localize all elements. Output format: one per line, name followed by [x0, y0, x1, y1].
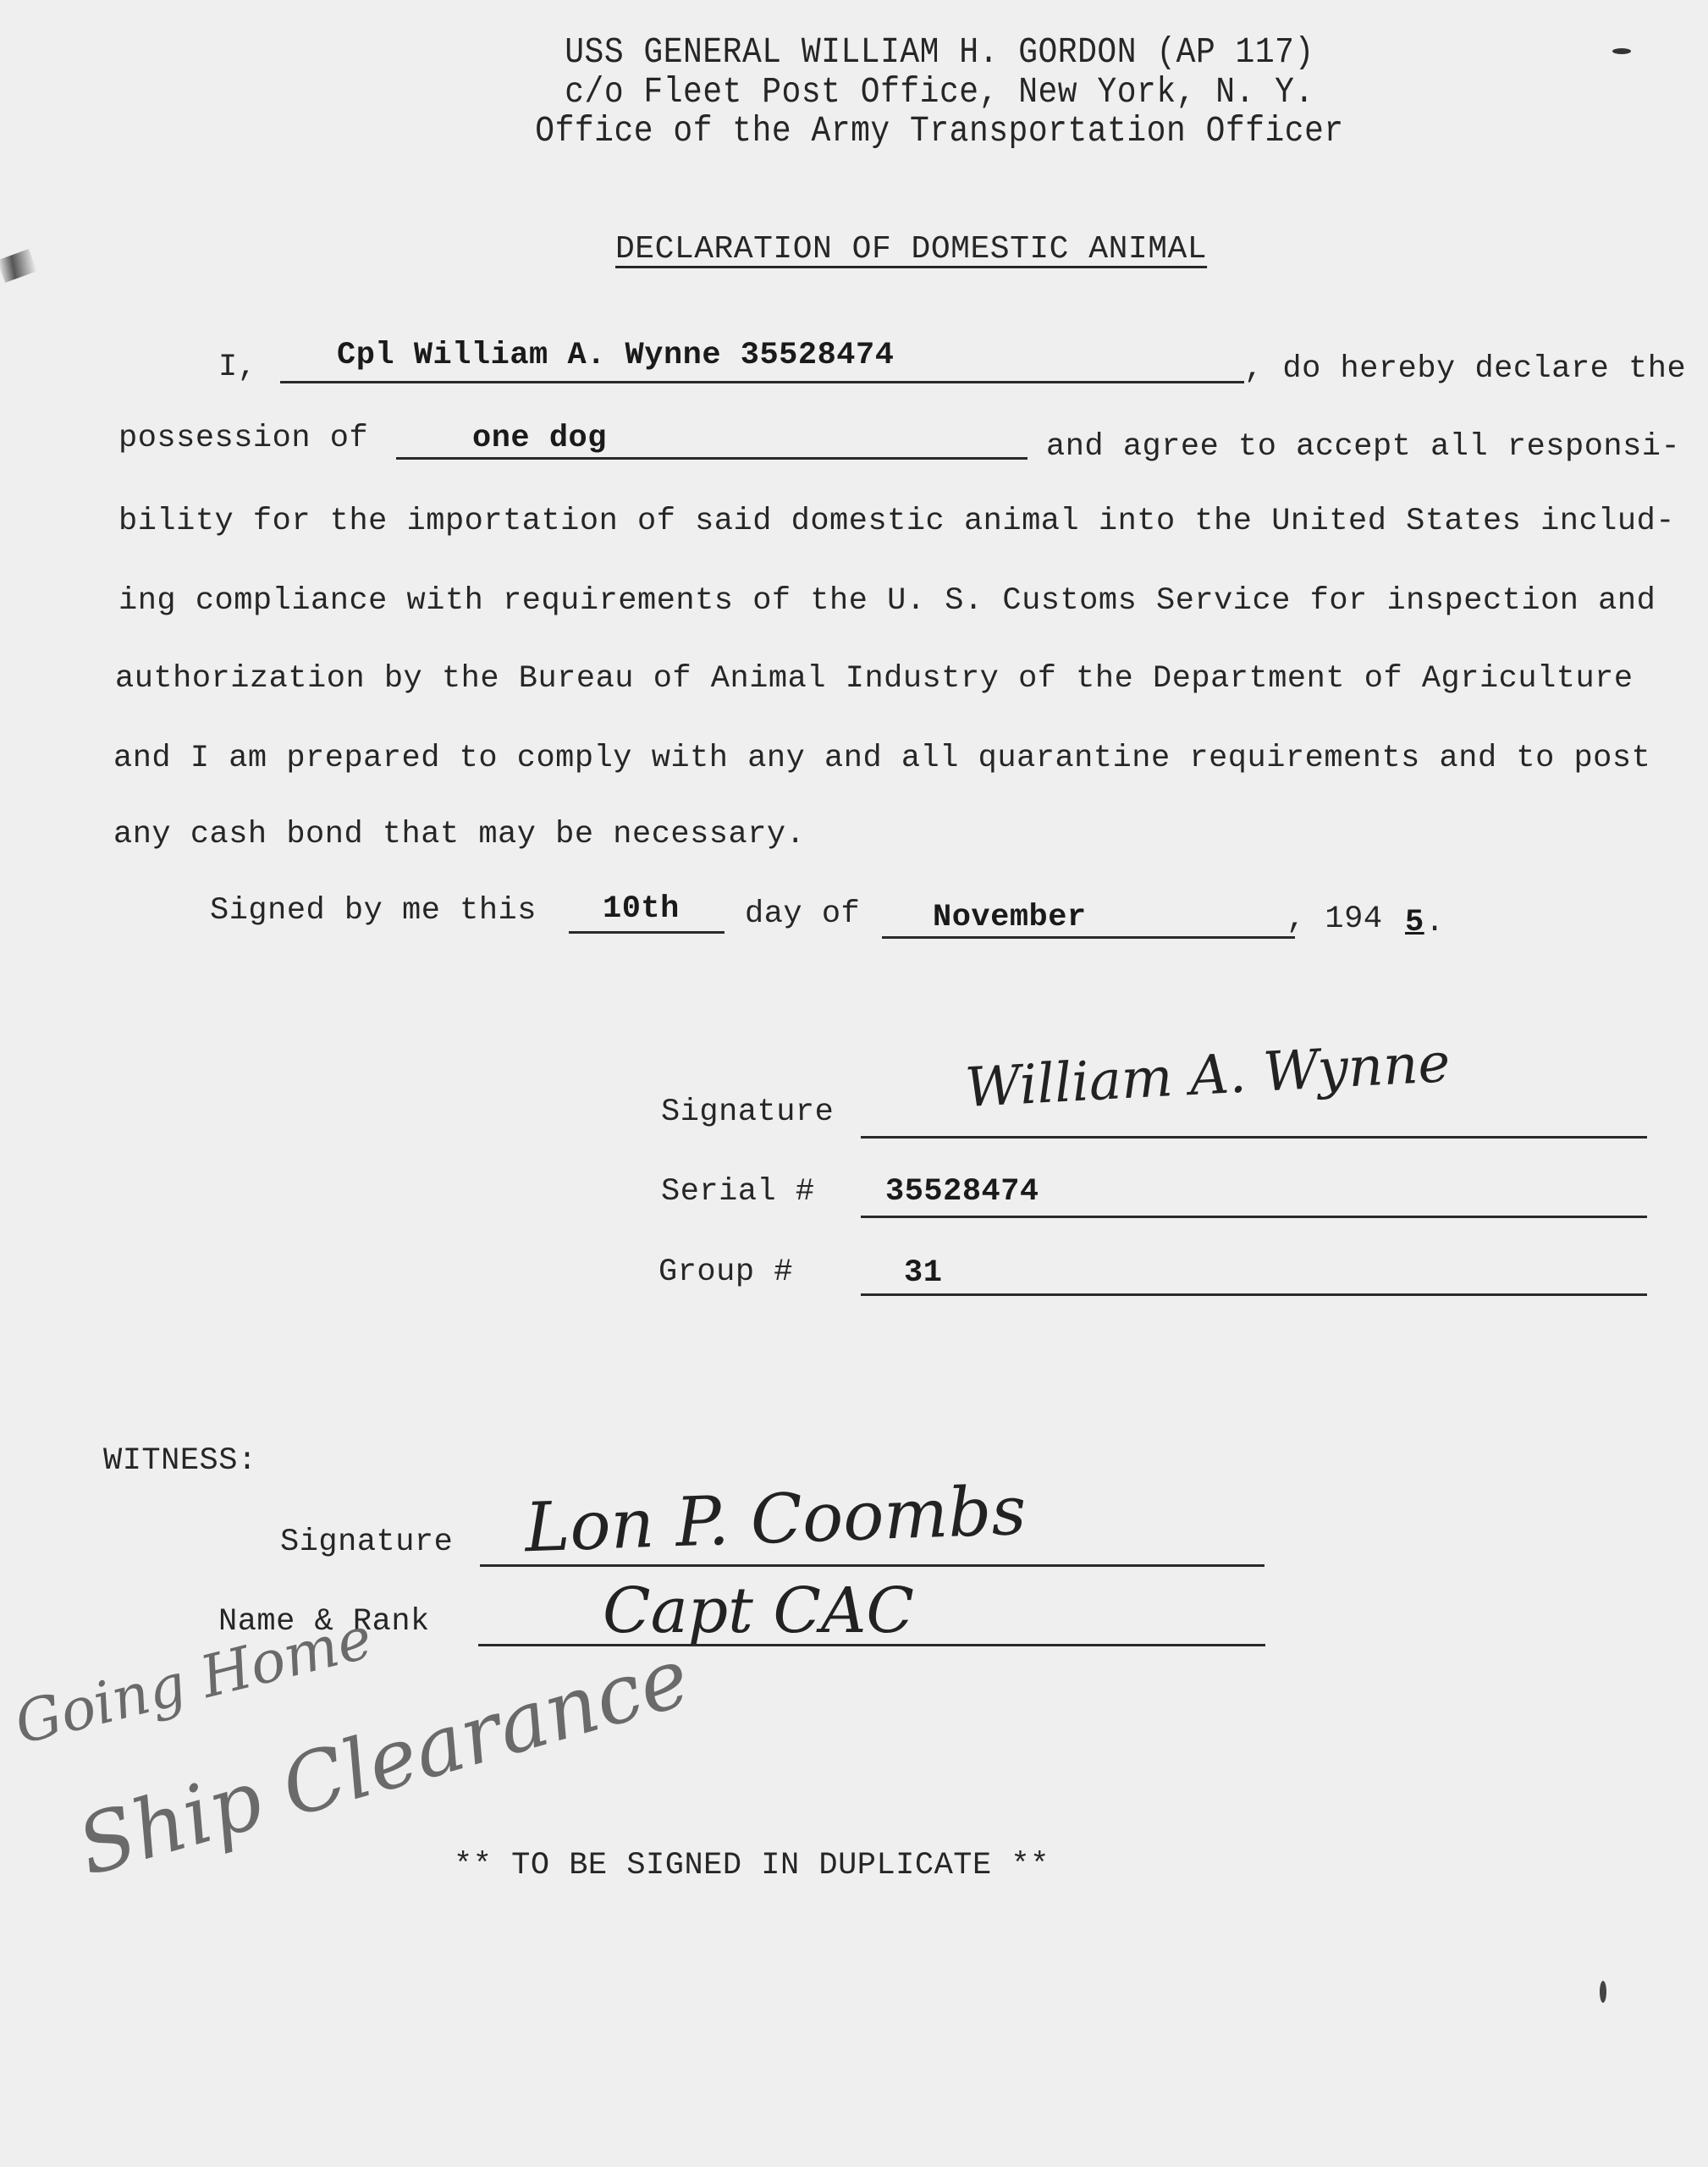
signed-day-underline	[569, 931, 725, 934]
signed-year-prefix: , 194	[1287, 904, 1383, 935]
group-underline	[861, 1293, 1647, 1296]
header-post-office: c/o Fleet Post Office, New York, N. Y.	[0, 75, 1708, 112]
signed-mid: day of	[745, 899, 860, 930]
duplicate-notice: ** TO BE SIGNED IN DUPLICATE **	[454, 1850, 1050, 1882]
signed-end: .	[1425, 907, 1445, 939]
header-ship-name: USS GENERAL WILLIAM H. GORDON (AP 117)	[0, 36, 1708, 72]
signed-day-field: 10th	[603, 894, 680, 925]
declaration-line4: ing compliance with requirements of the …	[118, 586, 1656, 617]
declaration-line2-rest: and agree to accept all responsi-	[1046, 432, 1680, 463]
scan-artifact	[0, 249, 37, 283]
signature-label: Signature	[661, 1097, 834, 1128]
ink-speck	[1612, 48, 1631, 54]
animal-underline	[396, 457, 1028, 460]
signed-month-underline	[882, 936, 1295, 939]
name-rank-underline	[478, 1644, 1265, 1646]
witness-signature: Lon P. Coombs	[524, 1471, 1028, 1568]
document-title: DECLARATION OF DOMESTIC ANIMAL	[615, 234, 1207, 266]
declaration-suffix: , do hereby declare the	[1244, 354, 1686, 385]
declaration-line3: bility for the importation of said domes…	[118, 506, 1675, 538]
serial-field: 35528474	[885, 1177, 1039, 1208]
signed-year-field: 5	[1405, 907, 1424, 939]
declaration-line5: authorization by the Bureau of Animal In…	[115, 664, 1634, 695]
declaration-line7: any cash bond that may be necessary.	[113, 819, 805, 851]
signed-month-field: November	[933, 902, 1087, 934]
witness-signature-underline	[480, 1564, 1264, 1567]
declarant-name-field: Cpl William A. Wynne 35528474	[337, 340, 894, 372]
declarant-name-underline	[280, 381, 1244, 383]
header-office: Office of the Army Transportation Office…	[0, 114, 1708, 151]
declarant-signature: William A. Wynne	[963, 1032, 1452, 1120]
group-label: Group #	[658, 1257, 793, 1288]
animal-field: one dog	[472, 423, 607, 455]
declaration-line6: and I am prepared to comply with any and…	[113, 743, 1650, 775]
group-field: 31	[904, 1258, 942, 1289]
declaration-prefix: I,	[218, 352, 256, 383]
witness-heading: WITNESS:	[103, 1446, 257, 1477]
signed-prefix: Signed by me this	[210, 896, 537, 927]
witness-signature-label: Signature	[280, 1527, 453, 1558]
signature-underline	[861, 1136, 1647, 1139]
ink-speck	[1600, 1981, 1606, 2003]
possession-label: possession of	[118, 423, 368, 455]
serial-label: Serial #	[661, 1177, 815, 1208]
serial-underline	[861, 1216, 1647, 1218]
